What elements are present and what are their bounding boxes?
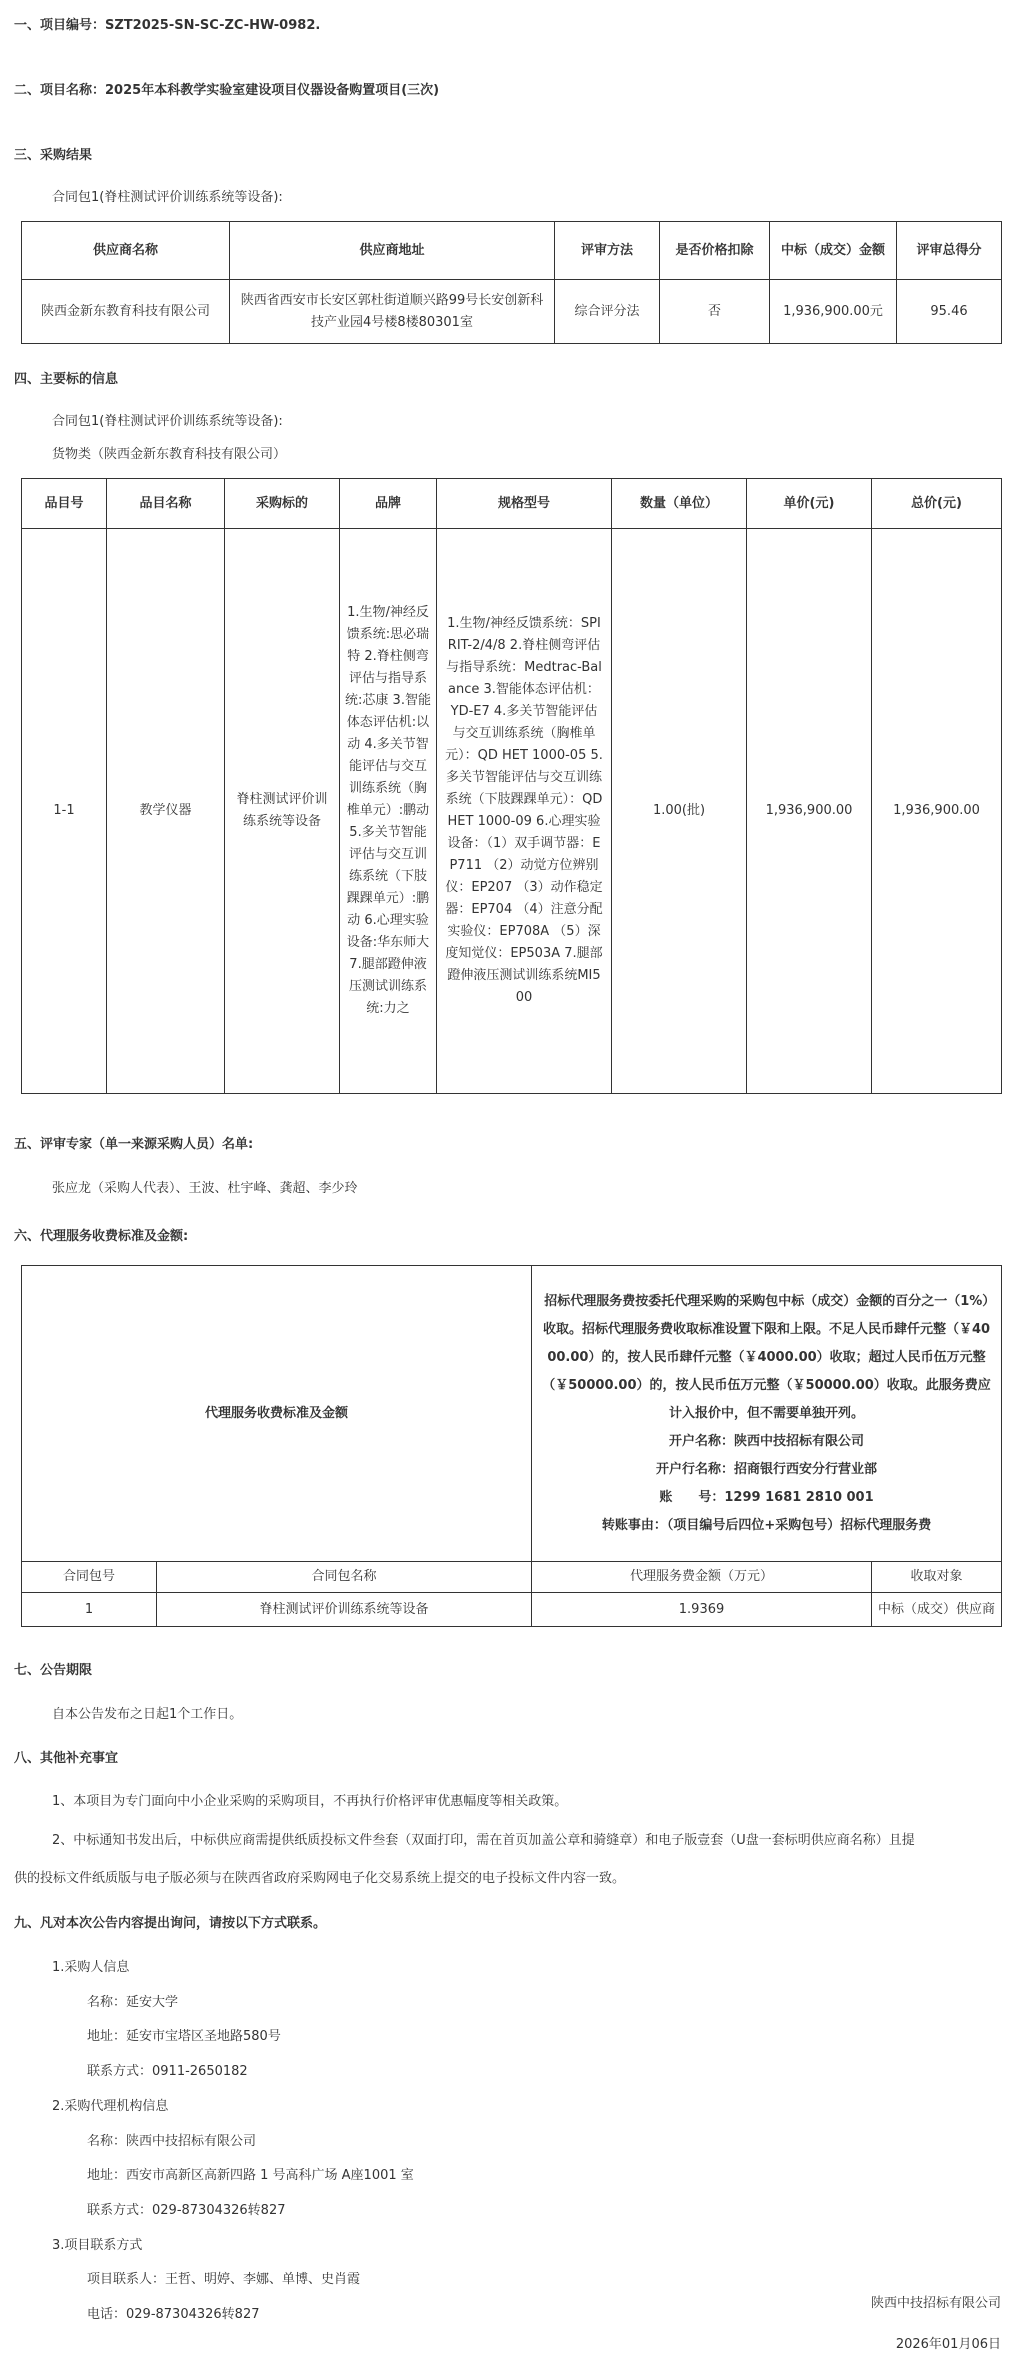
transfer-memo: 转账事由：（项目编号后四位+采购包号）招标代理服务费 — [542, 1512, 991, 1540]
bank-name: 开户行名称：招商银行西安分行营业部 — [542, 1456, 991, 1484]
footer-company: 陕西中技招标有限公司 — [871, 2292, 1001, 2311]
header-item-name: 品目名称 — [107, 479, 225, 529]
package-name: 脊柱测试评价训练系统等设备 — [157, 1593, 532, 1627]
section-title-contact: 九、凡对本次公告内容提出询问，请按以下方式联系。 — [14, 1912, 326, 1931]
spec-model: 1.生物/神经反馈系统：SPIRIT-2/4/8 2.脊柱侧弯评估与指导系统：M… — [437, 529, 612, 1094]
procurement-target: 脊柱测试评价训练系统等设备 — [225, 529, 340, 1094]
fee-standard-row: 代理服务收费标准及金额 招标代理服务费按委托代理采购的采购包中标（成交）金额的百… — [22, 1266, 1002, 1562]
purchaser-name: 名称：延安大学 — [87, 1991, 178, 2010]
header-fee-amount: 代理服务费金额（万元） — [532, 1562, 872, 1593]
goods-label: 货物类（陕西金新东教育科技有限公司） — [52, 443, 286, 462]
agency-contact: 联系方式：029-87304326转827 — [87, 2199, 286, 2218]
package-no: 1 — [22, 1593, 157, 1627]
header-spec-model: 规格型号 — [437, 479, 612, 529]
header-fee-payer: 收取对象 — [872, 1562, 1002, 1593]
header-unit-price: 单价(元) — [747, 479, 872, 529]
header-price-deduction: 是否价格扣除 — [660, 222, 770, 280]
table-header-row: 供应商名称 供应商地址 评审方法 是否价格扣除 中标（成交）金额 评审总得分 — [22, 222, 1002, 280]
other-matter-1: 1、本项目为专门面向中小企业采购的采购项目，不再执行价格评审优惠幅度等相关政策。 — [52, 1790, 567, 1809]
header-package-no: 合同包号 — [22, 1562, 157, 1593]
purchaser-heading: 1.采购人信息 — [52, 1956, 129, 1975]
header-supplier-name: 供应商名称 — [22, 222, 230, 280]
section-title-agency-fee: 六、代理服务收费标准及金额: — [14, 1225, 188, 1244]
header-total-price: 总价(元) — [872, 479, 1002, 529]
item-name: 教学仪器 — [107, 529, 225, 1094]
notice-period-text: 自本公告发布之日起1个工作日。 — [52, 1703, 242, 1722]
agency-fee-table: 代理服务收费标准及金额 招标代理服务费按委托代理采购的采购包中标（成交）金额的百… — [21, 1265, 1002, 1627]
purchaser-contact: 联系方式：0911-2650182 — [87, 2060, 248, 2079]
fee-standard-content: 招标代理服务费按委托代理采购的采购包中标（成交）金额的百分之一（1%）收取。招标… — [532, 1266, 1002, 1562]
project-name-label: 二、项目名称： — [14, 83, 105, 98]
header-quantity: 数量（单位） — [612, 479, 747, 529]
total-price: 1,936,900.00 — [872, 529, 1002, 1094]
project-number: 一、项目编号：SZT2025-SN-SC-ZC-HW-0982. — [14, 14, 320, 33]
section-title-procurement-result: 三、采购结果 — [14, 144, 92, 163]
table-row: 1 脊柱测试评价训练系统等设备 1.9369 中标（成交）供应商 — [22, 1593, 1002, 1627]
project-number-label: 一、项目编号： — [14, 18, 105, 33]
account-number: 账 号：1299 1681 2810 001 — [542, 1484, 991, 1512]
header-package-name: 合同包名称 — [157, 1562, 532, 1593]
project-number-value: SZT2025-SN-SC-ZC-HW-0982. — [105, 18, 320, 33]
agency-address: 地址：西安市高新区高新四路 1 号高科广场 A座1001 室 — [87, 2164, 414, 2183]
review-method: 综合评分法 — [555, 280, 660, 344]
total-score: 95.46 — [897, 280, 1002, 344]
other-matter-2: 2、中标通知书发出后，中标供应商需提供纸质投标文件叁套（双面打印，需在首页加盖公… — [52, 1829, 915, 1848]
section-title-main-items: 四、主要标的信息 — [14, 368, 118, 387]
header-supplier-address: 供应商地址 — [230, 222, 555, 280]
project-name: 二、项目名称：2025年本科教学实验室建设项目仪器设备购置项目(三次) — [14, 79, 439, 98]
price-deduction: 否 — [660, 280, 770, 344]
expert-names: 张应龙（采购人代表）、王波、杜宇峰、龚超、李少玲 — [52, 1177, 358, 1196]
unit-price: 1,936,900.00 — [747, 529, 872, 1094]
supplier-address: 陕西省西安市长安区郭杜街道顺兴路99号长安创新科技产业园4号楼8楼80301室 — [230, 280, 555, 344]
header-procurement-target: 采购标的 — [225, 479, 340, 529]
fee-payer: 中标（成交）供应商 — [872, 1593, 1002, 1627]
project-contact-phone: 电话：029-87304326转827 — [87, 2303, 260, 2322]
table-header-row: 品目号 品目名称 采购标的 品牌 规格型号 数量（单位） 单价(元) 总价(元) — [22, 479, 1002, 529]
account-name: 开户名称：陕西中技招标有限公司 — [542, 1428, 991, 1456]
fee-amount: 1.9369 — [532, 1593, 872, 1627]
section-title-other-matters: 八、其他补充事宜 — [14, 1747, 118, 1766]
section-title-experts: 五、评审专家（单一来源采购人员）名单: — [14, 1133, 253, 1152]
supplier-name: 陕西金新东教育科技有限公司 — [22, 280, 230, 344]
other-matter-2-cont: 供的投标文件纸质版与电子版必须与在陕西省政府采购网电子化交易系统上提交的电子投标… — [14, 1867, 625, 1886]
items-table: 品目号 品目名称 采购标的 品牌 规格型号 数量（单位） 单价(元) 总价(元)… — [21, 478, 1002, 1094]
brand: 1.生物/神经反馈系统:思必瑞特 2.脊柱侧弯评估与指导系统:芯康 3.智能体态… — [340, 529, 437, 1094]
header-award-amount: 中标（成交）金额 — [770, 222, 897, 280]
footer-date: 2026年01月06日 — [896, 2333, 1001, 2352]
table-row: 陕西金新东教育科技有限公司 陕西省西安市长安区郭杜街道顺兴路99号长安创新科技产… — [22, 280, 1002, 344]
header-item-no: 品目号 — [22, 479, 107, 529]
header-brand: 品牌 — [340, 479, 437, 529]
project-name-value: 2025年本科教学实验室建设项目仪器设备购置项目(三次) — [105, 83, 439, 98]
project-contact-heading: 3.项目联系方式 — [52, 2234, 142, 2253]
section-title-notice-period: 七、公告期限 — [14, 1659, 92, 1678]
fee-standard-label: 代理服务收费标准及金额 — [22, 1266, 532, 1562]
award-amount: 1,936,900.00元 — [770, 280, 897, 344]
table-row: 1-1 教学仪器 脊柱测试评价训练系统等设备 1.生物/神经反馈系统:思必瑞特 … — [22, 529, 1002, 1094]
fee-description: 招标代理服务费按委托代理采购的采购包中标（成交）金额的百分之一（1%）收取。招标… — [542, 1288, 991, 1428]
result-table: 供应商名称 供应商地址 评审方法 是否价格扣除 中标（成交）金额 评审总得分 陕… — [21, 221, 1002, 344]
agency-heading: 2.采购代理机构信息 — [52, 2095, 168, 2114]
header-review-method: 评审方法 — [555, 222, 660, 280]
header-total-score: 评审总得分 — [897, 222, 1002, 280]
quantity: 1.00(批) — [612, 529, 747, 1094]
agency-name: 名称：陕西中技招标有限公司 — [87, 2130, 256, 2149]
project-contact-people: 项目联系人：王哲、明婷、李娜、单博、史肖霞 — [87, 2268, 360, 2287]
item-no: 1-1 — [22, 529, 107, 1094]
announcement-page: 一、项目编号：SZT2025-SN-SC-ZC-HW-0982. 二、项目名称：… — [0, 0, 1030, 2367]
package-label-2: 合同包1(脊柱测试评价训练系统等设备): — [52, 410, 283, 429]
purchaser-address: 地址：延安市宝塔区圣地路580号 — [87, 2025, 281, 2044]
table-header-row: 合同包号 合同包名称 代理服务费金额（万元） 收取对象 — [22, 1562, 1002, 1593]
package-label: 合同包1(脊柱测试评价训练系统等设备): — [52, 186, 283, 205]
